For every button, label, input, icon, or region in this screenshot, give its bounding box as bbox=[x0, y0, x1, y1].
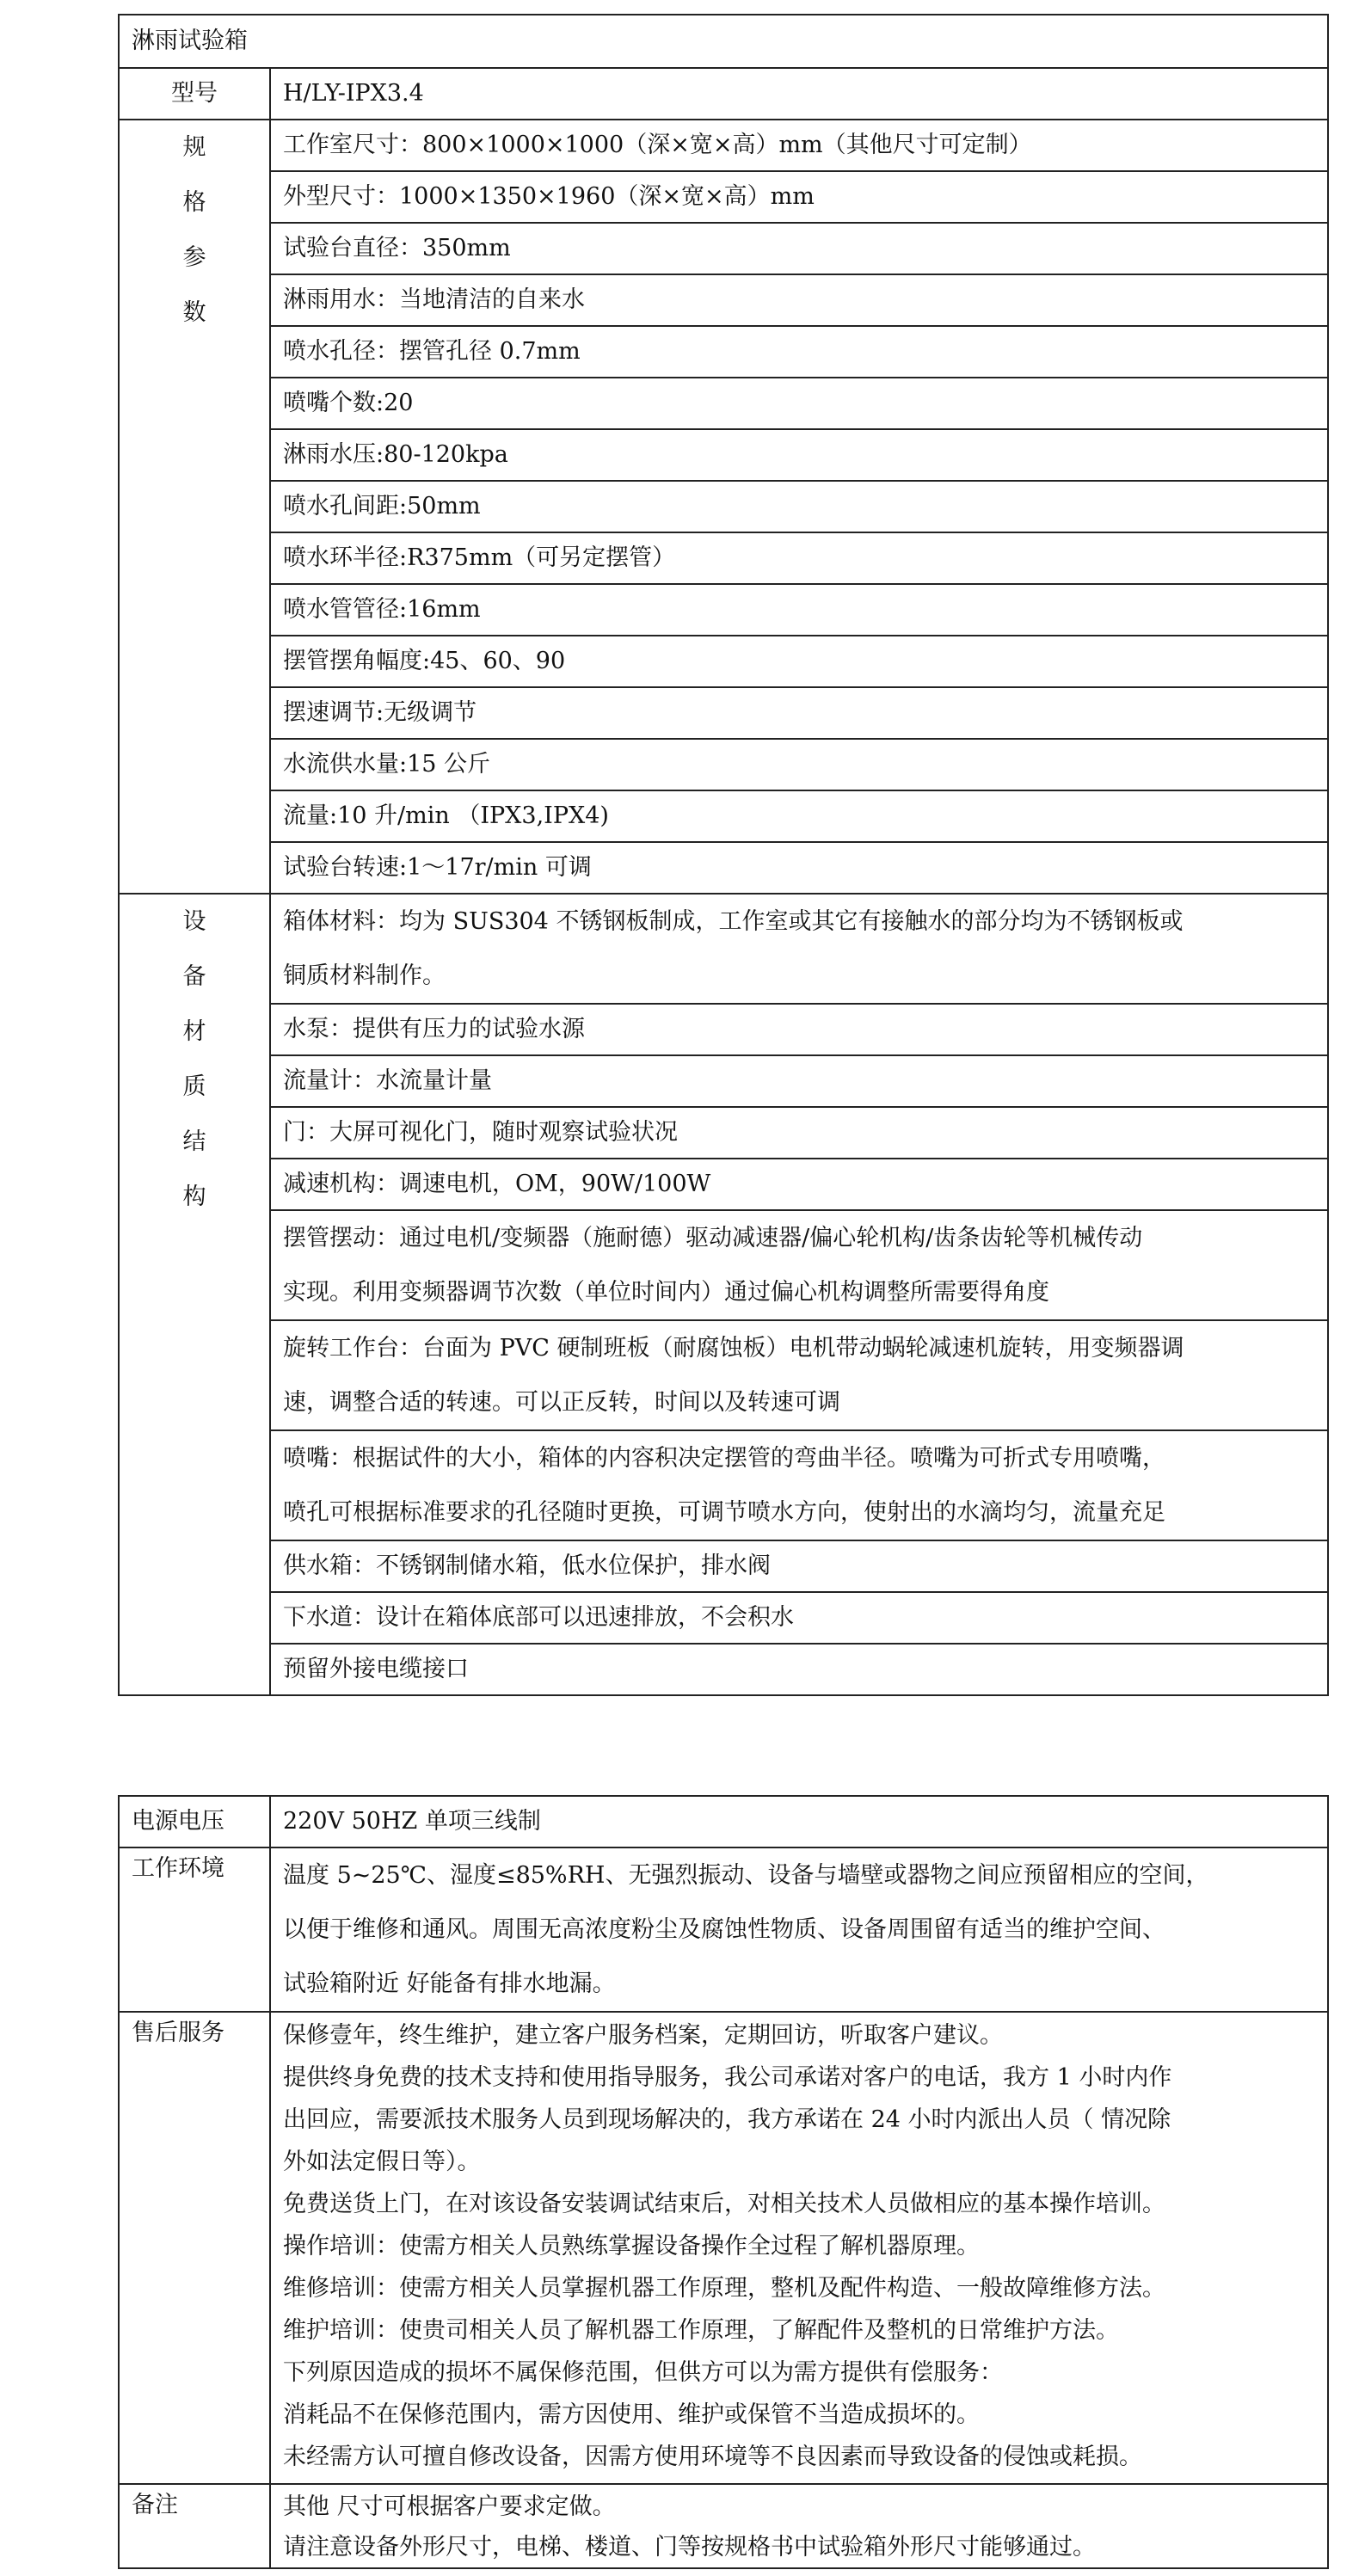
power-row: 电源电压 220V 50HZ 单项三线制 bbox=[119, 1796, 1328, 1847]
text-line: 试验箱附近 好能备有排水地漏。 bbox=[283, 1957, 1322, 2011]
spec-row: 摆管摆角幅度:45、60、90 bbox=[119, 636, 1328, 687]
spec-table: 淋雨试验箱 型号 H/LY-IPX3.4 规 格 参 数 工作室尺寸：800×1… bbox=[118, 14, 1329, 1696]
spec-value: 喷水孔间距:50mm bbox=[270, 481, 1328, 532]
text-line: 保修壹年，终生维护，建立客户服务档案，定期回访，听取客户建议。 bbox=[283, 2014, 1322, 2056]
spec-row: 外型尺寸：1000×1350×1960（深×宽×高）mm bbox=[119, 171, 1328, 223]
spec-section-label: 规 格 参 数 bbox=[119, 120, 270, 894]
material-value: 旋转工作台：台面为 PVC 硬制班板（耐腐蚀板）电机带动蜗轮减速机旋转，用变频器… bbox=[270, 1320, 1328, 1430]
material-row: 流量计：水流量计量 bbox=[119, 1055, 1328, 1107]
text-line: 喷孔可根据标准要求的孔径随时更换，可调节喷水方向，使射出的水滴均匀，流量充足 bbox=[283, 1485, 1322, 1540]
material-label-char: 设 bbox=[120, 895, 269, 950]
spec-value: 摆速调节:无级调节 bbox=[270, 687, 1328, 739]
material-row: 摆管摆动：通过电机/变频器（施耐德）驱动减速器/偏心轮机构/齿条齿轮等机械传动 … bbox=[119, 1210, 1328, 1320]
material-row: 供水箱：不锈钢制储水箱，低水位保护，排水阀 bbox=[119, 1540, 1328, 1592]
spec-row: 水流供水量:15 公斤 bbox=[119, 739, 1328, 790]
text-line: 维护培训：使贵司相关人员了解机器工作原理，了解配件及整机的日常维护方法。 bbox=[283, 2309, 1322, 2352]
material-row: 预留外接电缆接口 bbox=[119, 1644, 1328, 1695]
text-line: 铜质材料制作。 bbox=[283, 949, 1322, 1003]
spec-row: 喷水环半径:R375mm（可另定摆管） bbox=[119, 532, 1328, 584]
material-value: 预留外接电缆接口 bbox=[270, 1644, 1328, 1695]
after-sales-row: 售后服务 保修壹年，终生维护，建立客户服务档案，定期回访，听取客户建议。 提供终… bbox=[119, 2012, 1328, 2484]
text-line: 出回应，需要派技术服务人员到现场解决的，我方承诺在 24 小时内派出人员（ 情况… bbox=[283, 2099, 1322, 2141]
spec-value: 喷嘴个数:20 bbox=[270, 378, 1328, 429]
after-sales-label: 售后服务 bbox=[119, 2012, 270, 2484]
text-line: 旋转工作台：台面为 PVC 硬制班板（耐腐蚀板）电机带动蜗轮减速机旋转，用变频器… bbox=[283, 1321, 1322, 1375]
material-row: 门：大屏可视化门，随时观察试验状况 bbox=[119, 1107, 1328, 1159]
model-row: 型号 H/LY-IPX3.4 bbox=[119, 68, 1328, 120]
spec-value: 喷水环半径:R375mm（可另定摆管） bbox=[270, 532, 1328, 584]
spec-value: 淋雨用水：当地清洁的自来水 bbox=[270, 274, 1328, 326]
text-line: 温度 5~25℃、湿度≤85%RH、无强烈振动、设备与墙壁或器物之间应预留相应的… bbox=[283, 1848, 1322, 1903]
material-value: 摆管摆动：通过电机/变频器（施耐德）驱动减速器/偏心轮机构/齿条齿轮等机械传动 … bbox=[270, 1210, 1328, 1320]
text-line: 以便于维修和通风。周围无高浓度粉尘及腐蚀性物质、设备周围留有适当的维护空间、 bbox=[283, 1903, 1322, 1957]
text-line: 喷嘴：根据试件的大小，箱体的内容积决定摆管的弯曲半径。喷嘴为可折式专用喷嘴， bbox=[283, 1431, 1322, 1485]
text-line: 下列原因造成的损坏不属保修范围，但供方可以为需方提供有偿服务： bbox=[283, 2352, 1322, 2394]
spec-row: 淋雨用水：当地清洁的自来水 bbox=[119, 274, 1328, 326]
spec-value: 淋雨水压:80-120kpa bbox=[270, 429, 1328, 481]
title-row: 淋雨试验箱 bbox=[119, 15, 1328, 68]
text-line: 维修培训：使需方相关人员掌握机器工作原理，整机及配件构造、一般故障维修方法。 bbox=[283, 2267, 1322, 2309]
spec-row: 摆速调节:无级调节 bbox=[119, 687, 1328, 739]
spec-row: 喷水孔径：摆管孔径 0.7mm bbox=[119, 326, 1328, 378]
text-line: 其他 尺寸可根据客户要求定做。 bbox=[283, 2487, 1322, 2527]
material-value: 门：大屏可视化门，随时观察试验状况 bbox=[270, 1107, 1328, 1159]
spec-value: 流量:10 升/min （IPX3,IPX4) bbox=[270, 790, 1328, 842]
model-value: H/LY-IPX3.4 bbox=[270, 68, 1328, 120]
material-label-char: 材 bbox=[120, 1005, 269, 1060]
spec-value: 外型尺寸：1000×1350×1960（深×宽×高）mm bbox=[270, 171, 1328, 223]
material-row: 减速机构：调速电机，OM，90W/100W bbox=[119, 1159, 1328, 1210]
notes-value: 其他 尺寸可根据客户要求定做。 请注意设备外形尺寸，电梯、楼道、门等按规格书中试… bbox=[270, 2484, 1328, 2568]
material-label-char: 质 bbox=[120, 1060, 269, 1115]
spec-label-char: 数 bbox=[120, 286, 269, 341]
spec-row: 喷水管管径:16mm bbox=[119, 584, 1328, 636]
spec-row: 淋雨水压:80-120kpa bbox=[119, 429, 1328, 481]
spec-value: 摆管摆角幅度:45、60、90 bbox=[270, 636, 1328, 687]
environment-value: 温度 5~25℃、湿度≤85%RH、无强烈振动、设备与墙壁或器物之间应预留相应的… bbox=[270, 1847, 1328, 2012]
environment-row: 工作环境 温度 5~25℃、湿度≤85%RH、无强烈振动、设备与墙壁或器物之间应… bbox=[119, 1847, 1328, 2012]
text-line: 速，调整合适的转速。可以正反转，时间以及转速可调 bbox=[283, 1375, 1322, 1429]
notes-label: 备注 bbox=[119, 2484, 270, 2568]
spec-row: 喷嘴个数:20 bbox=[119, 378, 1328, 429]
power-value: 220V 50HZ 单项三线制 bbox=[270, 1796, 1328, 1847]
material-row: 水泵：提供有压力的试验水源 bbox=[119, 1004, 1328, 1055]
material-row: 设 备 材 质 结 构 箱体材料：均为 SUS304 不锈钢板制成，工作室或其它… bbox=[119, 894, 1328, 1004]
spec-value: 工作室尺寸：800×1000×1000（深×宽×高）mm（其他尺寸可定制） bbox=[270, 120, 1328, 171]
material-label-char: 构 bbox=[120, 1170, 269, 1225]
model-label: 型号 bbox=[119, 68, 270, 120]
product-title: 淋雨试验箱 bbox=[119, 15, 1328, 68]
notes-row: 备注 其他 尺寸可根据客户要求定做。 请注意设备外形尺寸，电梯、楼道、门等按规格… bbox=[119, 2484, 1328, 2568]
power-label: 电源电压 bbox=[119, 1796, 270, 1847]
material-value: 箱体材料：均为 SUS304 不锈钢板制成，工作室或其它有接触水的部分均为不锈钢… bbox=[270, 894, 1328, 1004]
material-value: 流量计：水流量计量 bbox=[270, 1055, 1328, 1107]
text-line: 请注意设备外形尺寸，电梯、楼道、门等按规格书中试验箱外形尺寸能够通过。 bbox=[283, 2527, 1322, 2567]
spec-value: 喷水管管径:16mm bbox=[270, 584, 1328, 636]
spec-label-char: 参 bbox=[120, 231, 269, 286]
spec-row: 试验台转速:1～17r/min 可调 bbox=[119, 842, 1328, 894]
spec-label-char: 规 bbox=[120, 120, 269, 175]
after-sales-value: 保修壹年，终生维护，建立客户服务档案，定期回访，听取客户建议。 提供终身免费的技… bbox=[270, 2012, 1328, 2484]
spec-row: 规 格 参 数 工作室尺寸：800×1000×1000（深×宽×高）mm（其他尺… bbox=[119, 120, 1328, 171]
spec-value: 试验台直径：350mm bbox=[270, 223, 1328, 274]
spec-row: 喷水孔间距:50mm bbox=[119, 481, 1328, 532]
spec-value: 喷水孔径：摆管孔径 0.7mm bbox=[270, 326, 1328, 378]
material-value: 供水箱：不锈钢制储水箱，低水位保护，排水阀 bbox=[270, 1540, 1328, 1592]
spec-value: 试验台转速:1～17r/min 可调 bbox=[270, 842, 1328, 894]
text-line: 摆管摆动：通过电机/变频器（施耐德）驱动减速器/偏心轮机构/齿条齿轮等机械传动 bbox=[283, 1211, 1322, 1265]
material-label-char: 结 bbox=[120, 1115, 269, 1170]
material-value: 喷嘴：根据试件的大小，箱体的内容积决定摆管的弯曲半径。喷嘴为可折式专用喷嘴， 喷… bbox=[270, 1430, 1328, 1540]
material-value: 水泵：提供有压力的试验水源 bbox=[270, 1004, 1328, 1055]
material-row: 旋转工作台：台面为 PVC 硬制班板（耐腐蚀板）电机带动蜗轮减速机旋转，用变频器… bbox=[119, 1320, 1328, 1430]
material-value: 减速机构：调速电机，OM，90W/100W bbox=[270, 1159, 1328, 1210]
text-line: 箱体材料：均为 SUS304 不锈钢板制成，工作室或其它有接触水的部分均为不锈钢… bbox=[283, 895, 1322, 949]
text-line: 操作培训：使需方相关人员熟练掌握设备操作全过程了解机器原理。 bbox=[283, 2225, 1322, 2267]
spec-label-char: 格 bbox=[120, 175, 269, 231]
material-row: 喷嘴：根据试件的大小，箱体的内容积决定摆管的弯曲半径。喷嘴为可折式专用喷嘴， 喷… bbox=[119, 1430, 1328, 1540]
material-value: 下水道：设计在箱体底部可以迅速排放，不会积水 bbox=[270, 1592, 1328, 1644]
spec-row: 流量:10 升/min （IPX3,IPX4) bbox=[119, 790, 1328, 842]
service-table: 电源电压 220V 50HZ 单项三线制 工作环境 温度 5~25℃、湿度≤85… bbox=[118, 1795, 1329, 2569]
text-line: 未经需方认可擅自修改设备，因需方使用环境等不良因素而导致设备的侵蚀或耗损。 bbox=[283, 2436, 1322, 2478]
text-line: 免费送货上门，在对该设备安装调试结束后，对相关技术人员做相应的基本操作培训。 bbox=[283, 2183, 1322, 2225]
text-line: 消耗品不在保修范围内，需方因使用、维护或保管不当造成损坏的。 bbox=[283, 2394, 1322, 2436]
spec-value: 水流供水量:15 公斤 bbox=[270, 739, 1328, 790]
material-label-char: 备 bbox=[120, 950, 269, 1005]
text-line: 提供终身免费的技术支持和使用指导服务，我公司承诺对客户的电话，我方 1 小时内作 bbox=[283, 2056, 1322, 2099]
material-row: 下水道：设计在箱体底部可以迅速排放，不会积水 bbox=[119, 1592, 1328, 1644]
environment-label: 工作环境 bbox=[119, 1847, 270, 2012]
text-line: 实现。利用变频器调节次数（单位时间内）通过偏心机构调整所需要得角度 bbox=[283, 1265, 1322, 1319]
text-line: 外如法定假日等）。 bbox=[283, 2141, 1322, 2183]
material-section-label: 设 备 材 质 结 构 bbox=[119, 894, 270, 1695]
spec-row: 试验台直径：350mm bbox=[119, 223, 1328, 274]
